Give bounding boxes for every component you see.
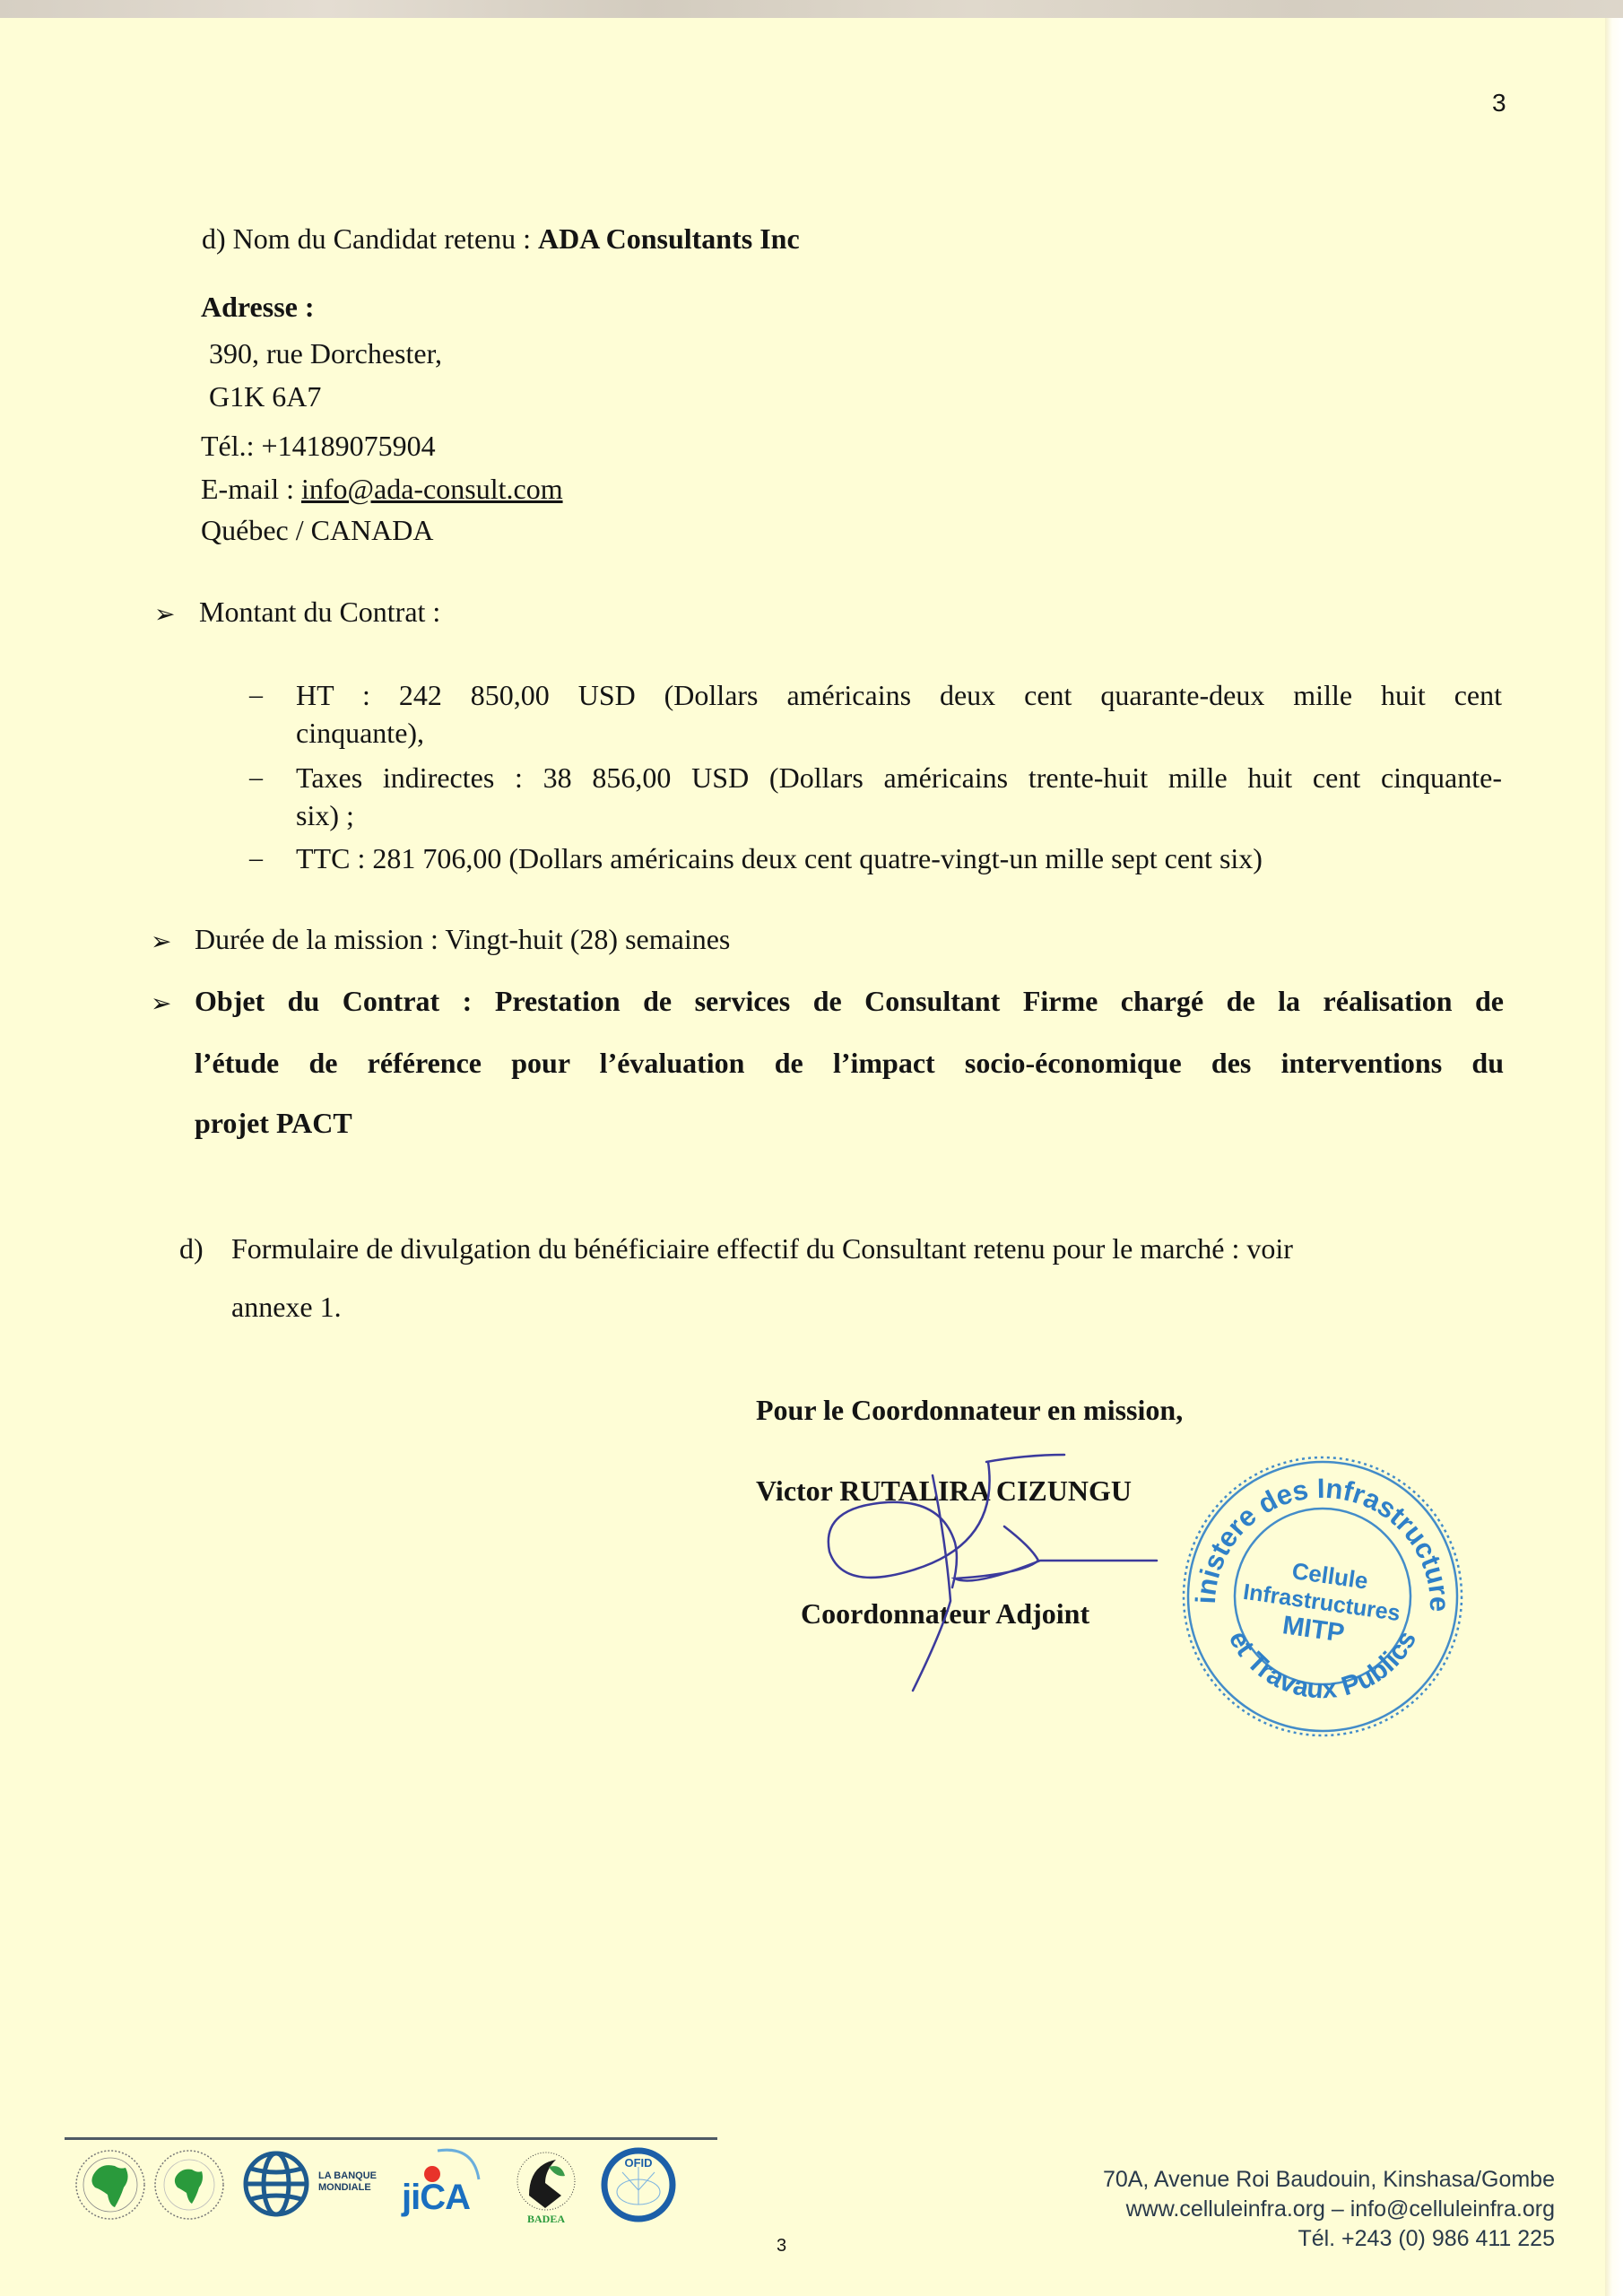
jica-label: jiCA xyxy=(402,2178,470,2218)
candidate-name: ADA Consultants Inc xyxy=(538,222,800,255)
object-text-1: Prestation de services de Consultant Fir… xyxy=(495,985,1504,1017)
object-line3: projet PACT xyxy=(195,1109,352,1137)
page-number-top: 3 xyxy=(1492,91,1506,116)
disclosure-marker: d) xyxy=(179,1234,204,1263)
email-link[interactable]: info@ada-consult.com xyxy=(301,473,563,505)
amount-taxes-line2: six) ; xyxy=(296,801,354,830)
address-region: Québec / CANADA xyxy=(201,516,434,544)
address-phone: Tél.: +14189075904 xyxy=(201,431,436,460)
footer-address-line1: 70A, Avenue Roi Baudouin, Kinshasa/Gombe xyxy=(1103,2167,1555,2193)
candidate-label: d) Nom du Candidat retenu : xyxy=(202,222,538,255)
footer-address-line3: Tél. +243 (0) 986 411 225 xyxy=(1298,2226,1555,2252)
mission-duration: Durée de la mission : Vingt-huit (28) se… xyxy=(195,925,730,953)
arrow-bullet-icon: ➢ xyxy=(151,926,171,956)
amount-ht-line2: cinquante), xyxy=(296,718,424,747)
object-line2: l’étude de référence pour l’évaluation d… xyxy=(195,1048,1504,1077)
dash-bullet-icon: – xyxy=(249,843,263,874)
world-bank-label: LA BANQUEMONDIALE xyxy=(318,2170,377,2193)
disclosure-line2: annexe 1. xyxy=(231,1292,342,1321)
disclosure-line1: Formulaire de divulgation du bénéficiair… xyxy=(231,1234,1293,1263)
address-postal: G1K 6A7 xyxy=(209,382,321,411)
afdf-logo-icon xyxy=(152,2148,226,2222)
amount-heading: Montant du Contrat : xyxy=(199,597,440,626)
ofid-logo-icon: OFID xyxy=(599,2145,678,2224)
amount-ht-line1: HT : 242 850,00 USD (Dollars américains … xyxy=(296,681,1502,709)
svg-text:Ministere des Infrastructures: Ministere des Infrastructures xyxy=(1175,1448,1455,1612)
scanner-edge xyxy=(0,0,1623,20)
page-number-bottom: 3 xyxy=(777,2237,786,2255)
dash-bullet-icon: – xyxy=(249,680,263,710)
amount-ttc-line: TTC : 281 706,00 (Dollars américains deu… xyxy=(296,844,1263,873)
footer-divider xyxy=(65,2137,717,2140)
svg-text:BADEA: BADEA xyxy=(527,2213,565,2225)
candidate-line: d) Nom du Candidat retenu : ADA Consulta… xyxy=(202,224,800,253)
object-line1: Objet du Contrat : Prestation de service… xyxy=(195,987,1504,1015)
arrow-bullet-icon: ➢ xyxy=(151,988,171,1018)
address-heading: Adresse : xyxy=(201,292,315,321)
address-email-line: E-mail : info@ada-consult.com xyxy=(201,474,563,503)
on-behalf-line: Pour le Coordonnateur en mission, xyxy=(756,1396,1183,1424)
official-stamp: Ministere des Infrastructures et Travaux… xyxy=(1175,1448,1471,1744)
page-edge xyxy=(1605,18,1623,2296)
amount-taxes-line1: Taxes indirectes : 38 856,00 USD (Dollar… xyxy=(296,763,1502,792)
object-label: Objet du Contrat : xyxy=(195,985,495,1017)
footer-address-line2: www.celluleinfra.org – info@celluleinfra… xyxy=(1126,2196,1555,2222)
afdb-logo-icon xyxy=(74,2148,147,2222)
dash-bullet-icon: – xyxy=(249,762,263,793)
address-street: 390, rue Dorchester, xyxy=(209,339,442,368)
svg-text:OFID: OFID xyxy=(624,2156,652,2170)
badea-logo-icon: BADEA xyxy=(509,2144,583,2226)
email-label: E-mail : xyxy=(201,473,301,505)
arrow-bullet-icon: ➢ xyxy=(154,599,175,629)
world-bank-logo-icon xyxy=(240,2145,312,2222)
